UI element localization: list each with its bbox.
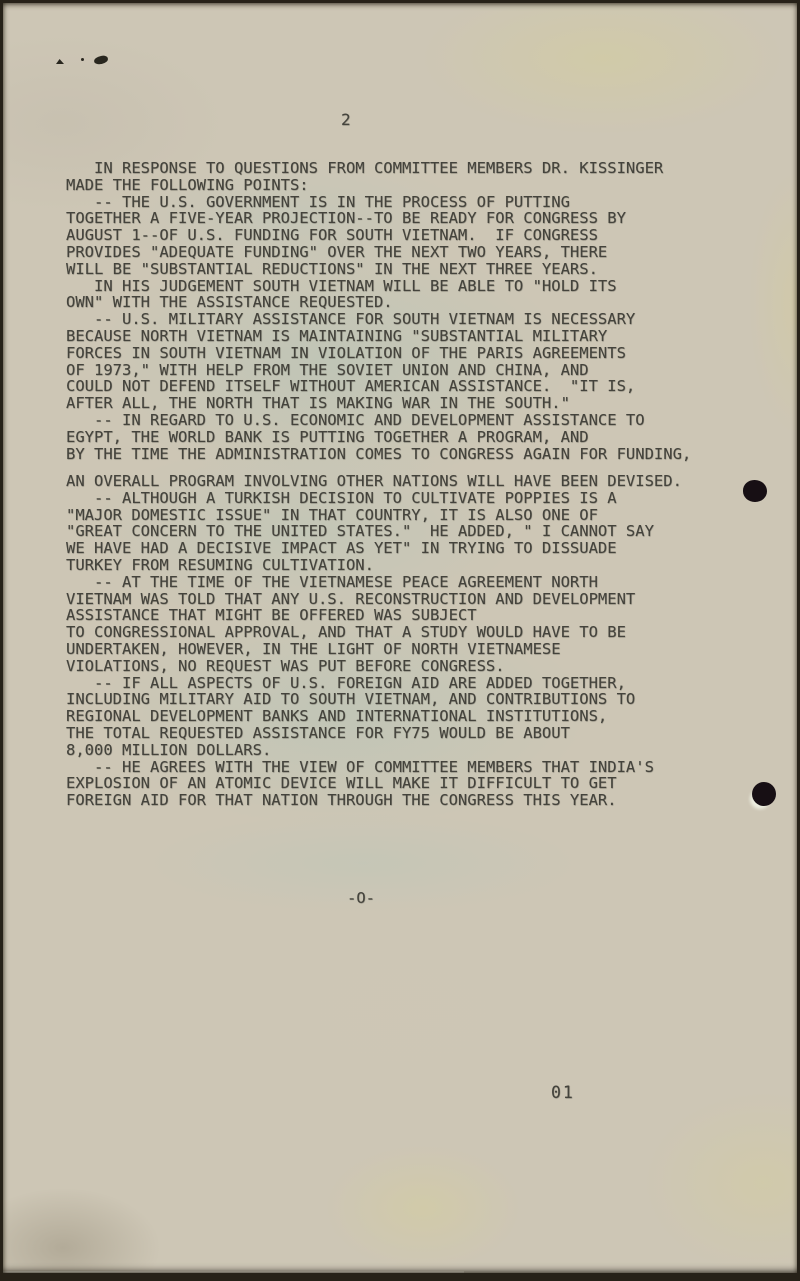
paper-sheet: 2 IN RESPONSE TO QUESTIONS FROM COMMITTE…	[3, 3, 797, 1273]
scanned-document-page: 2 IN RESPONSE TO QUESTIONS FROM COMMITTE…	[0, 0, 800, 1281]
scan-edge-highlight	[3, 1271, 464, 1273]
hole-punch-dot	[752, 782, 776, 806]
footer-code: 01	[551, 1085, 575, 1102]
body-text-block-1: IN RESPONSE TO QUESTIONS FROM COMMITTEE …	[66, 160, 691, 462]
end-of-text-separator: -O-	[347, 890, 375, 907]
hole-punch-dot	[743, 480, 767, 502]
body-text-block-2: AN OVERALL PROGRAM INVOLVING OTHER NATIO…	[66, 473, 682, 809]
ink-mark	[81, 58, 84, 61]
page-number: 2	[341, 112, 351, 129]
